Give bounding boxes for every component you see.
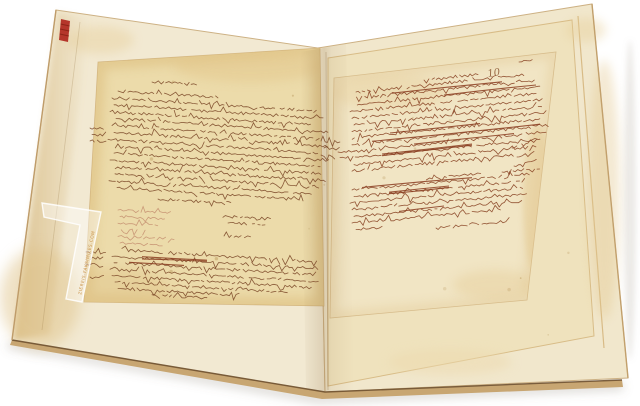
foxing-speck — [169, 270, 172, 273]
foxing-speck — [215, 257, 218, 260]
right-bottom-stain — [388, 349, 512, 375]
right-top-corner-stain — [566, 18, 606, 42]
folio-number: 10 — [487, 67, 502, 80]
foxing-speck — [449, 119, 452, 122]
foxing-speck — [323, 184, 325, 186]
foxing-speck — [547, 334, 548, 335]
foxing-speck — [567, 252, 569, 254]
foxing-speck — [292, 95, 294, 97]
foxing-speck — [150, 157, 154, 161]
manuscript-photo: 10 ZIEREIS-FAKSIMILES.COM — [0, 0, 640, 406]
photo-background: 10 ZIEREIS-FAKSIMILES.COM — [0, 0, 640, 406]
foxing-speck — [172, 80, 174, 82]
foxing-speck — [507, 288, 510, 291]
foxing-speck — [443, 287, 446, 290]
foxing-speck — [279, 125, 280, 126]
foxing-speck — [382, 176, 385, 179]
book-shadow-right-edge — [624, 40, 636, 360]
foxing-speck — [308, 228, 310, 230]
foxing-speck — [359, 100, 361, 102]
foxing-speck — [412, 117, 414, 119]
foxing-speck — [520, 277, 522, 279]
foxing-speck — [414, 147, 417, 150]
right-edge-stain-band — [588, 60, 620, 320]
